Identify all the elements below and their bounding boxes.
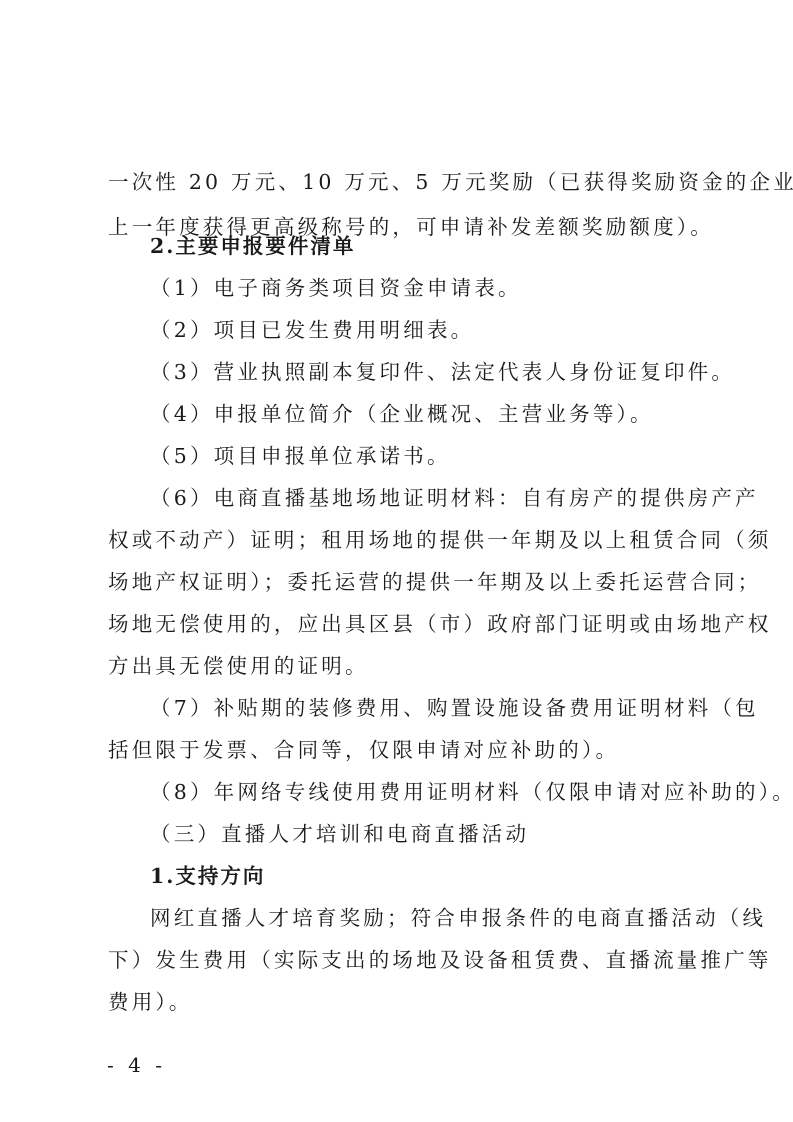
text-line: 一次性 20 万元、10 万元、5 万元奖励（已获得奖励资金的企业， — [108, 168, 698, 196]
section-heading: （三）直播人才培训和电商直播活动 — [150, 820, 740, 848]
page-number: - 4 - — [107, 1053, 166, 1077]
list-item: （1）电子商务类项目资金申请表。 — [150, 274, 740, 302]
text-line: 场地无偿使用的，应出具区县（市）政府部门证明或由场地产权 — [108, 610, 698, 638]
list-item: （3）营业执照副本复印件、法定代表人身份证复印件。 — [150, 358, 740, 386]
list-item: （8）年网络专线使用费用证明材料（仅限申请对应补助的）。 — [150, 778, 740, 806]
list-item: （2）项目已发生费用明细表。 — [150, 316, 740, 344]
text-line: 费用）。 — [108, 988, 698, 1016]
list-item: （5）项目申报单位承诺书。 — [150, 442, 740, 470]
list-item: （4）申报单位简介（企业概况、主营业务等）。 — [150, 400, 740, 428]
text-line: 下）发生费用（实际支出的场地及设备租赁费、直播流量推广等 — [108, 946, 698, 974]
subsection-heading: 1.支持方向 — [150, 862, 740, 890]
list-item: （7）补贴期的装修费用、购置设施设备费用证明材料（包 — [150, 694, 740, 722]
text-line: 网红直播人才培育奖励；符合申报条件的电商直播活动（线 — [150, 904, 740, 932]
section-heading: 2.主要申报要件清单 — [150, 232, 740, 260]
document-page: 一次性 20 万元、10 万元、5 万元奖励（已获得奖励资金的企业， 上一年度获… — [0, 0, 793, 1122]
text-line: 括但限于发票、合同等，仅限申请对应补助的）。 — [108, 736, 698, 764]
text-line: 方出具无偿使用的证明。 — [108, 652, 698, 680]
list-item: （6）电商直播基地场地证明材料：自有房产的提供房产产 — [150, 484, 740, 512]
text-line: 场地产权证明）；委托运营的提供一年期及以上委托运营合同； — [108, 568, 698, 596]
text-line: 权或不动产）证明；租用场地的提供一年期及以上租赁合同（须 — [108, 526, 698, 554]
